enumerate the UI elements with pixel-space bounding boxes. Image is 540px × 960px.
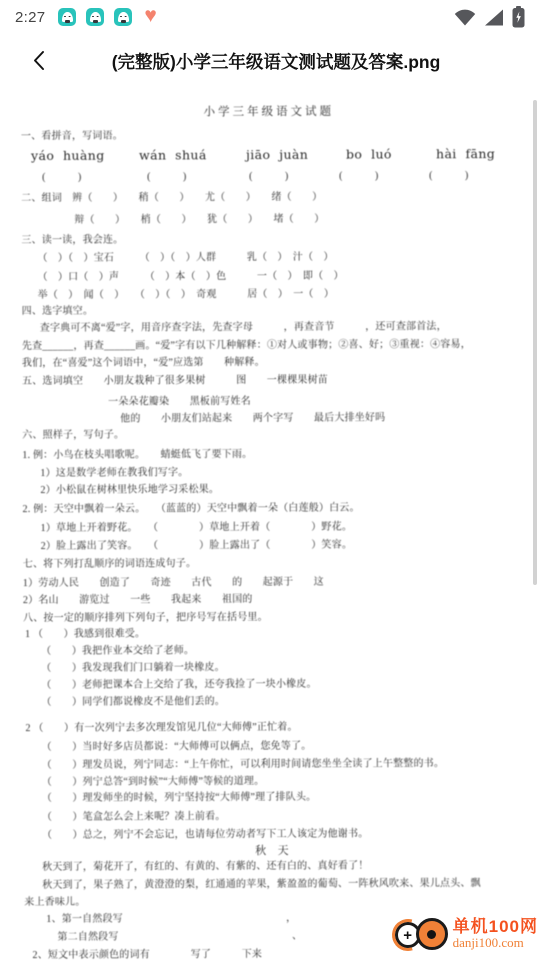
- document-line: 一朵朵花瓣染 黑板前写姓名: [108, 396, 251, 408]
- watermark-site-name: 单机100网: [453, 918, 538, 937]
- document-line: 五、选词填空 小朋友栽种了很多果树 图 一棵棵果树苗: [22, 375, 328, 387]
- document-line: 小学三年级语文试题: [9, 105, 529, 120]
- document-line: 我们，在“喜爱”这个词语中，“爱”应选第 种解释。: [22, 357, 265, 369]
- document-line: ( ): [429, 170, 469, 181]
- document-line: hài fāng: [436, 147, 495, 161]
- watermark-orange-circle-icon: [416, 918, 448, 950]
- document-line: （ ）（ ）宝石 （ ）（ ）人群 乳（ ） 汁（ ）: [37, 252, 333, 264]
- document-line: 2）脸上露出了笑容。 （ ）脸上露出了（ ）笑容。: [41, 540, 352, 552]
- document-line: 查字典可不离“爱”字，用音序查字法，先查字母 ，再查音节 ，还可查部首法，: [40, 321, 447, 334]
- document-line: （ ）理发师坐的时候，列宁坚持按“大师傅”理了排队头。: [42, 792, 317, 804]
- document-lines: 小学三年级语文试题一、看拼音，写词语。yáo huàngwán shuájiāo…: [8, 0, 532, 960]
- document-line: 1）草地上开着野花。 （ ）草地上开着（ ）野花。: [41, 522, 352, 534]
- plus-glyph: +: [403, 928, 412, 943]
- document-line: 先查______，再查______画。“爱”字有以下几种解释：①对人或事物；②喜…: [22, 339, 471, 352]
- document-line: ( ): [339, 171, 379, 182]
- document-line: 八、按一定的顺序排列下列句子，把序号写在括号里。: [23, 612, 268, 624]
- page: 2:27 ♥ (完整版)小学三年级语文测试题及答案.png 小学三年级语文试题一…: [0, 0, 540, 960]
- document-line: （ ）老师把课本合上交给了我，还夸我捡了一块小橡皮。: [41, 679, 316, 691]
- document-line: 2）名山 游览过 一些 我起来 祖国的: [23, 594, 253, 606]
- document-line: 他的 小朋友们站起来 两个字写 最后大排坐好吗: [120, 412, 385, 424]
- document-line: 1. 例：小鸟在枝头唱歌呢。 蜻蜓低飞了要下雨。: [22, 449, 252, 461]
- document-line: 七、将下列打乱顺序的词语连成句子。: [23, 558, 196, 570]
- watermark-site-url: danji100.com: [453, 936, 538, 950]
- document-line: （ ）当时好多店员都说：“大师傅可以俩点，您免等了。: [42, 741, 312, 753]
- document-line: 2. 例：天空中飘着一朵云。 （蓝蓝的）天空中飘着一朵（白莲般）白云。: [23, 503, 360, 515]
- document-line: （ ）口（ ）声 （ ）本（ ）色 一（ ） 即（ ）: [38, 271, 344, 283]
- document-line: yáo huàng: [31, 149, 105, 163]
- document-line: 三、读一读，我会连。: [21, 235, 123, 246]
- document-line: 秋天到了，菊花开了，有红的、有黄的、有紫的、还有白的、真好看了！: [42, 861, 368, 873]
- document-line: 四、选字填空。: [22, 306, 93, 317]
- document-image-viewer[interactable]: 小学三年级语文试题一、看拼音，写词语。yáo huàngwán shuájiāo…: [10, 0, 530, 960]
- document-line: 第二自然段写 、: [57, 931, 302, 943]
- document-line: （ ）笔盒怎么会上来呢？凑上前看。: [42, 811, 226, 823]
- document-line: （ ）列宁总答“到时候”“大师傅”等候的道理。: [42, 776, 265, 788]
- document-line: wán shuá: [139, 148, 207, 162]
- document-line: 二、组词 辨（ ） 稍（ ） 尤（ ） 绪（ ）: [21, 192, 322, 204]
- watermark: + 单机100网 danji100.com: [392, 911, 539, 957]
- document-line: （ ）我把作业本交给了老师。: [41, 645, 194, 657]
- document-line: 2、短文中表示颜色的词有 写了 下来: [32, 949, 262, 960]
- document-line: 1）劳动人民 创造了 奇迹 古代 的 起源于 这: [23, 577, 324, 589]
- document-line: 秋天到了，果子熟了，黄澄澄的梨，红通通的苹果，紫盈盈的葡萄、一阵秋风吹来、果儿点…: [42, 878, 481, 891]
- document-line: 秋 天: [12, 844, 532, 858]
- document-line: ( ): [249, 171, 289, 182]
- document-line: 1 （ ）我感到很难受。: [25, 629, 145, 641]
- document-line: （ ）我发现我们门口躺着一块橡皮。: [41, 662, 225, 674]
- document-line: 2）小松鼠在树林里快乐地学习采松果。: [40, 484, 219, 496]
- document-line: ( ): [147, 171, 187, 182]
- document-line: （ ）理发员说，列宁同志：“上午你忙，可以利用时间请您坐坐全读了上午整整的书。: [42, 758, 444, 771]
- document-line: bo luó: [346, 147, 392, 161]
- document-line: 1、第一自然段写 ，: [46, 913, 296, 925]
- watermark-text: 单机100网 danji100.com: [453, 918, 539, 951]
- document-line: （ ）总之，列宁不会忘记，也请每位劳动者写下工人该定为他谢书。: [42, 829, 368, 841]
- watermark-logo: +: [392, 911, 448, 957]
- document-line: 一、看拼音，写词语。: [21, 131, 123, 142]
- document-line: ( ): [42, 172, 82, 183]
- document-line: 1）这是数学老师在教我们写字。: [40, 467, 188, 479]
- document-line: 2 （ ）有一次列宁去多次理发馆见几位“大师傅”正忙着。: [25, 722, 297, 734]
- document-line: （ ）同学们都说橡皮不是他们丢的。: [41, 696, 225, 708]
- scrollbar[interactable]: [533, 100, 537, 585]
- document-line: 举（ ） 闻（ ） （ ）（ ） 奇观 居（ ） 一（ ）: [38, 289, 334, 301]
- document-line: 来上香味儿。: [24, 897, 85, 908]
- document-line: jiāo juàn: [246, 148, 308, 162]
- document-line: 六、照样子，写句子。: [22, 430, 124, 441]
- document-line: 辩（ ） 梢（ ） 犹（ ） 堵（ ）: [74, 214, 324, 226]
